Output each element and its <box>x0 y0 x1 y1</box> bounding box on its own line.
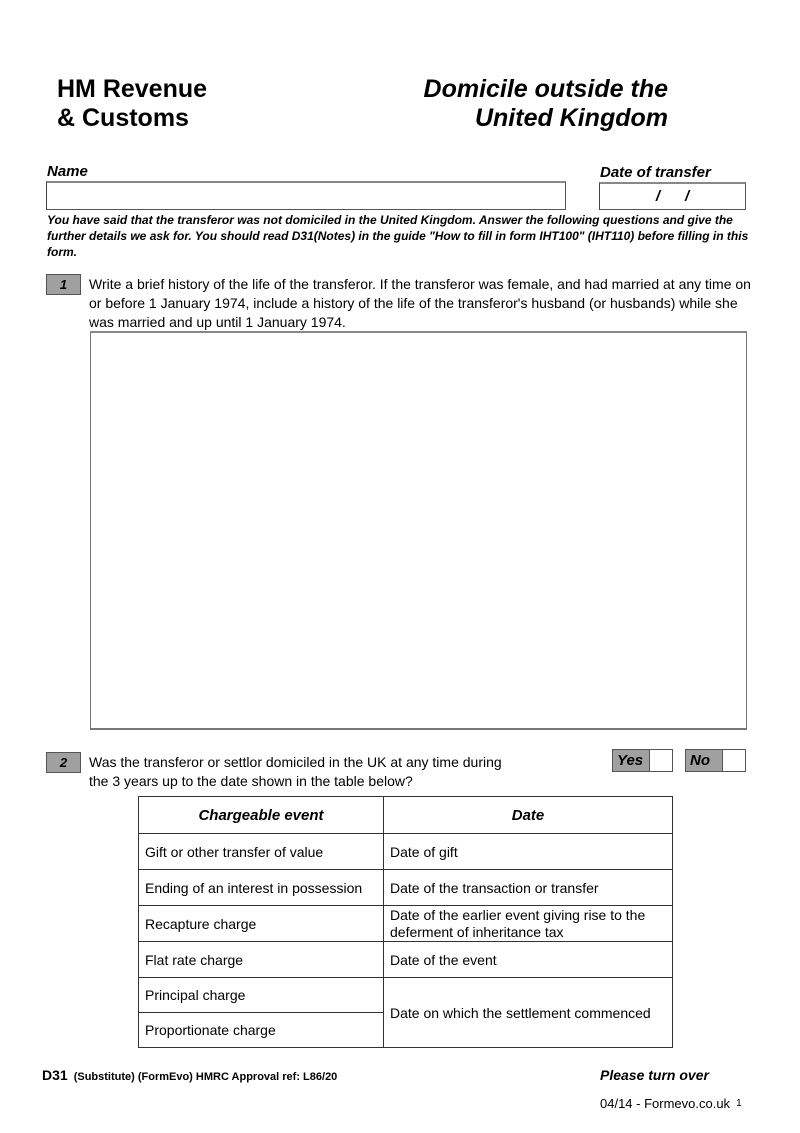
intro-text: You have said that the transferor was no… <box>47 212 757 260</box>
question-2-text: Was the transferor or settlor domiciled … <box>89 753 502 791</box>
question-2-number: 2 <box>46 752 81 773</box>
table-row: Principal charge Date on which the settl… <box>139 978 673 1013</box>
table-row: Ending of an interest in possession Date… <box>139 870 673 906</box>
version-text: 04/14 - Formevo.co.uk <box>600 1096 730 1111</box>
form-title: Domicile outside the United Kingdom <box>424 75 668 133</box>
date-of-transfer-field[interactable]: / / <box>599 182 746 210</box>
question-2-text-line-1: Was the transferor or settlor domiciled … <box>89 753 502 772</box>
name-field[interactable] <box>46 181 566 210</box>
yes-checkbox[interactable] <box>650 750 672 771</box>
table-row: Recapture charge Date of the earlier eve… <box>139 906 673 942</box>
yes-option: Yes <box>612 749 673 772</box>
event-cell: Principal charge <box>139 978 384 1013</box>
no-option: No <box>685 749 746 772</box>
yes-label: Yes <box>613 750 650 771</box>
header-chargeable-event: Chargeable event <box>139 797 384 834</box>
question-2-text-line-2: the 3 years up to the date shown in the … <box>89 772 502 791</box>
form-approval-ref: (Substitute) (FormEvo) HMRC Approval ref… <box>74 1071 338 1083</box>
organisation-line-2: & Customs <box>57 104 207 133</box>
footer-form-reference: D31(Substitute) (FormEvo) HMRC Approval … <box>42 1067 337 1083</box>
name-label: Name <box>47 163 88 180</box>
header-date: Date <box>384 797 673 834</box>
event-cell: Ending of an interest in possession <box>139 870 384 906</box>
date-of-transfer-label: Date of transfer <box>600 164 711 181</box>
question-1-text: Write a brief history of the life of the… <box>89 275 754 332</box>
date-cell: Date of the event <box>384 942 673 978</box>
event-cell: Flat rate charge <box>139 942 384 978</box>
date-cell: Date of the earlier event giving rise to… <box>384 906 673 942</box>
event-cell: Gift or other transfer of value <box>139 834 384 870</box>
no-label: No <box>686 750 723 771</box>
form-code: D31 <box>42 1067 68 1083</box>
table-row: Flat rate charge Date of the event <box>139 942 673 978</box>
version-info: 04/14 - Formevo.co.uk1 <box>600 1096 742 1111</box>
life-history-textarea[interactable] <box>90 331 747 730</box>
page-number: 1 <box>736 1098 742 1109</box>
organisation-name: HM Revenue & Customs <box>57 75 207 133</box>
no-checkbox[interactable] <box>723 750 745 771</box>
date-cell: Date of the transaction or transfer <box>384 870 673 906</box>
event-cell: Recapture charge <box>139 906 384 942</box>
please-turn-over: Please turn over <box>600 1067 709 1083</box>
chargeable-events-table: Chargeable event Date Gift or other tran… <box>138 796 673 1048</box>
table-row: Gift or other transfer of value Date of … <box>139 834 673 870</box>
form-title-line-1: Domicile outside the <box>424 75 668 104</box>
question-1-number: 1 <box>46 274 81 295</box>
organisation-line-1: HM Revenue <box>57 75 207 104</box>
date-cell: Date on which the settlement commenced <box>384 978 673 1048</box>
event-cell: Proportionate charge <box>139 1013 384 1048</box>
date-cell: Date of gift <box>384 834 673 870</box>
form-title-line-2: United Kingdom <box>424 104 668 133</box>
